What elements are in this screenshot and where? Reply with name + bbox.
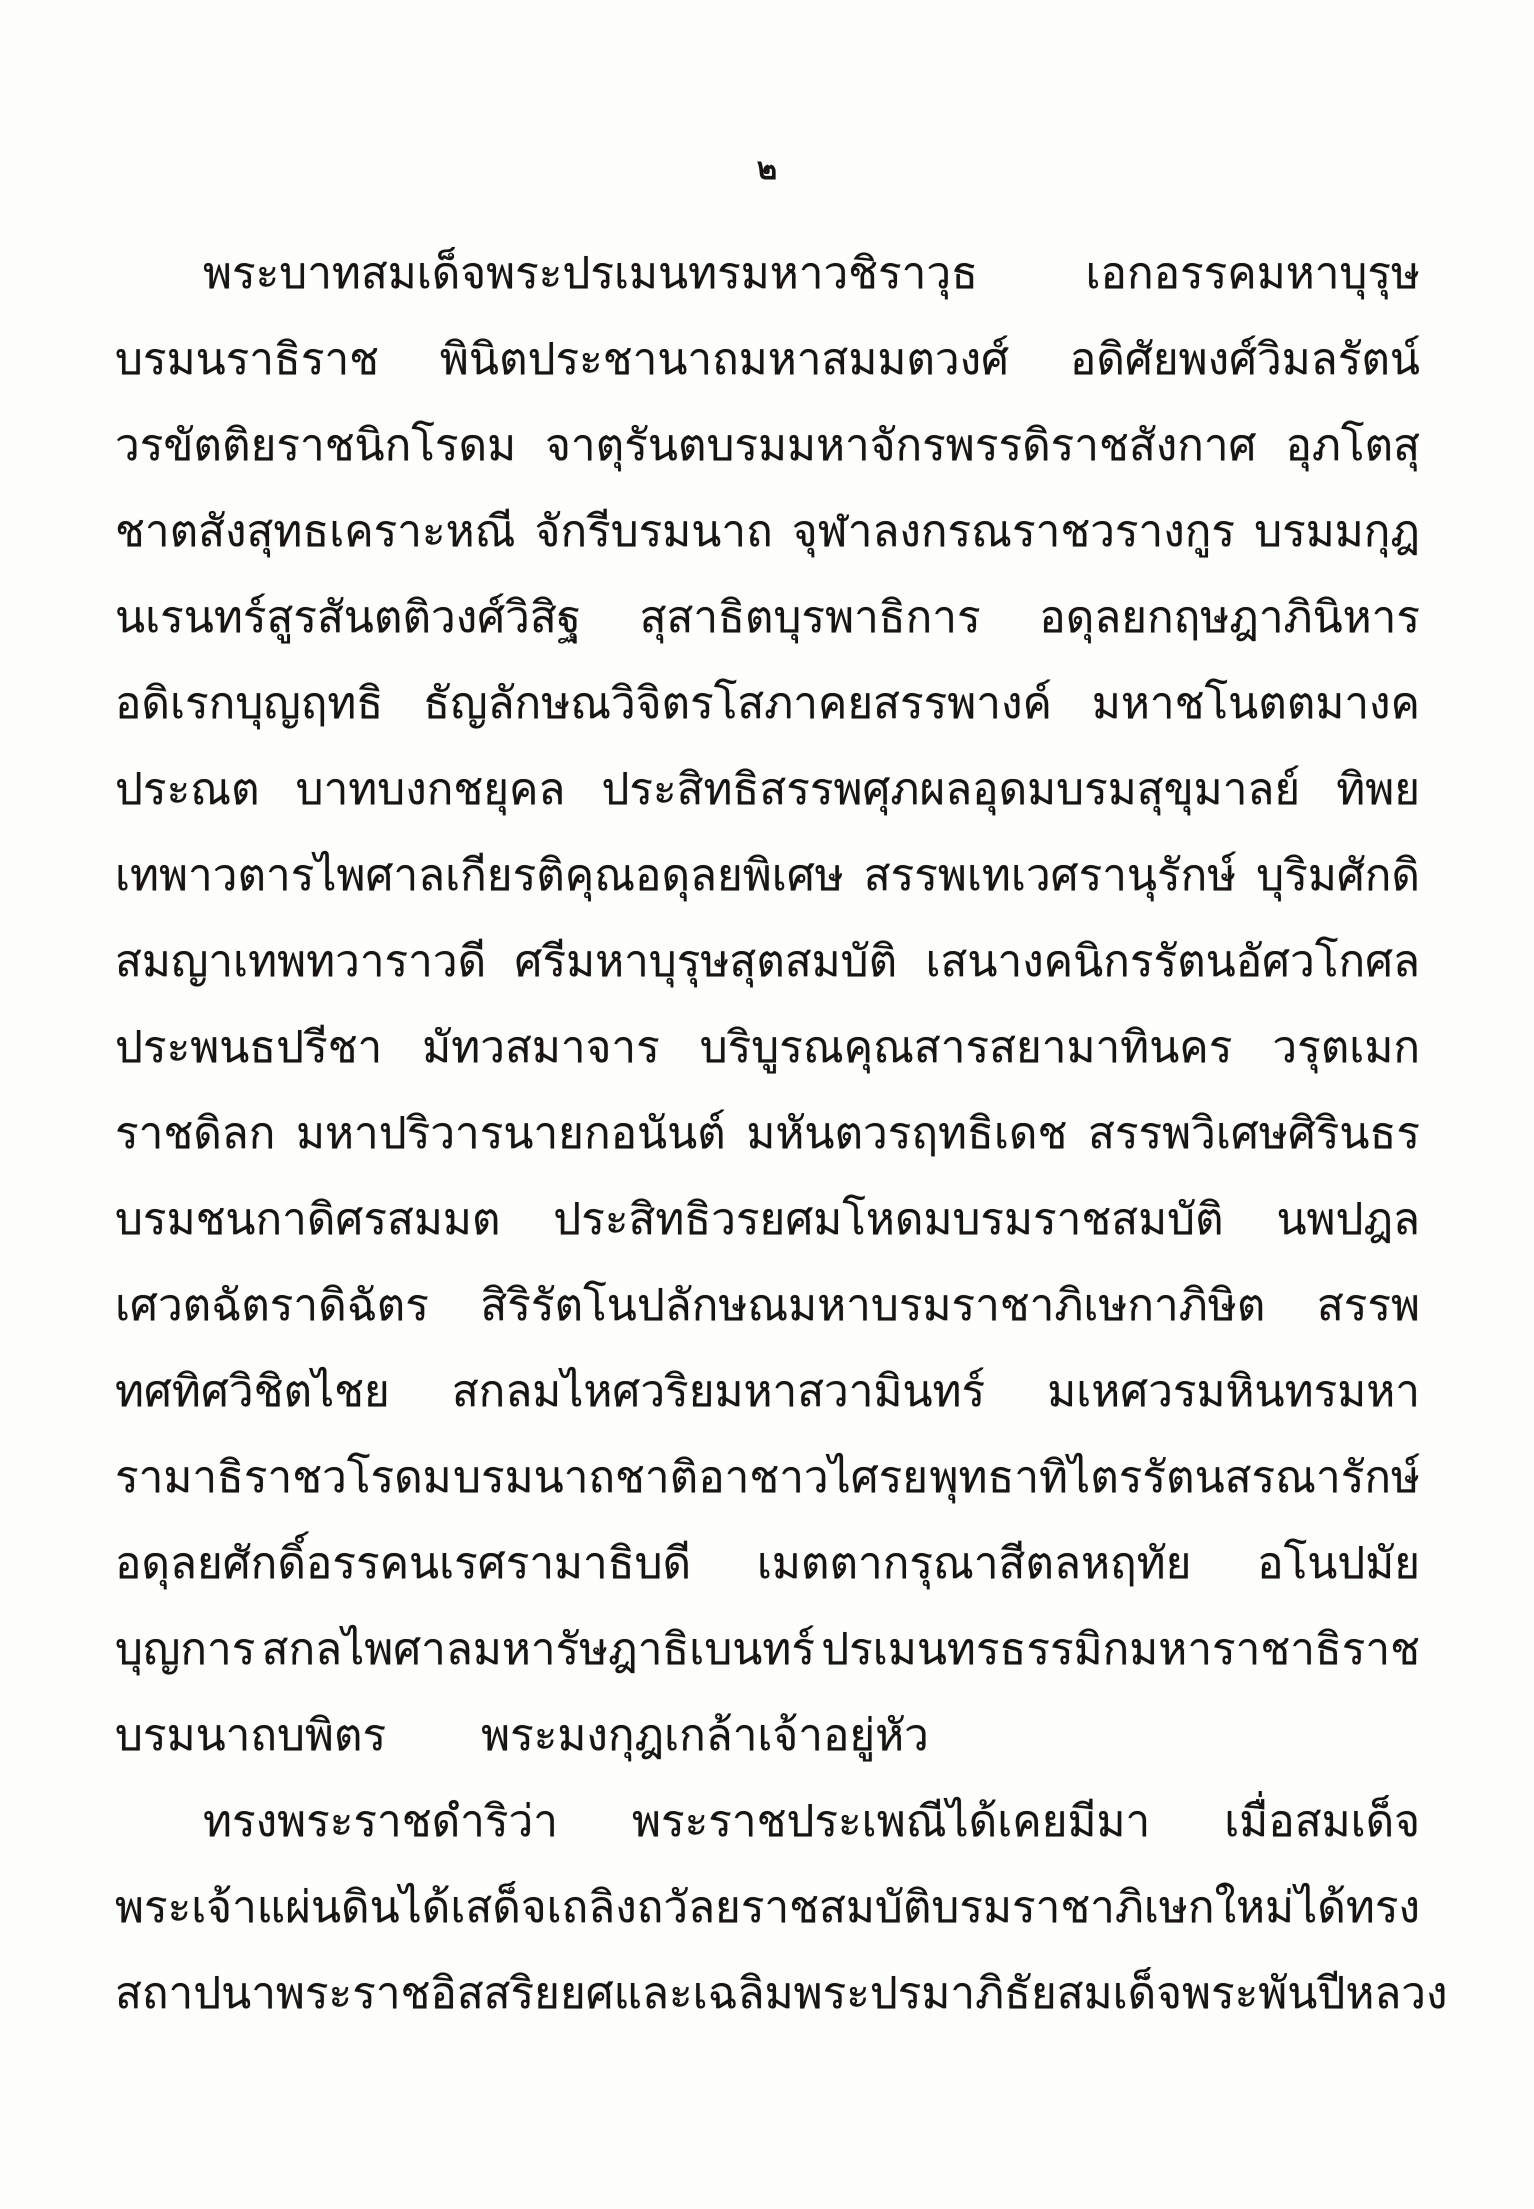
word: มหาปริวารนายกอนันต์ (296, 1098, 726, 1168)
word: อดุลยกฤษฎาภินิหาร (1039, 582, 1420, 652)
text-line: เศวตฉัตราดิฉัตรสิริรัตโนปลักษณมหาบรมราชา… (115, 1270, 1420, 1356)
word: บรมมกุฎ (1254, 496, 1420, 566)
text-line: บุญการสกลไพศาลมหารัษฎาธิเบนทร์ปรเมนทรธรร… (115, 1614, 1420, 1700)
word: เสนางคนิกรรัตนอัศวโกศล (926, 926, 1420, 996)
text-line: อดิเรกบุญฤทธิธัญลักษณวิจิตรโสภาคยสรรพางค… (115, 668, 1420, 754)
text-line: สถาปนาพระราชอิสสริยยศและเฉลิมพระปรมาภิธั… (115, 1958, 1420, 2044)
word: ประสิทธิวรยศมโหดมบรมราชสมบัติ (553, 1184, 1223, 1254)
word: สิริรัตโนปลักษณมหาบรมราชาภิเษกาภิษิต (480, 1270, 1265, 1340)
page-number: ๒ (115, 150, 1420, 188)
word: ทรงพระราชดำริว่า (203, 1786, 558, 1856)
word: ทศทิศวิชิตไชย (115, 1356, 390, 1426)
word: บรมนาถบพิตร (115, 1700, 386, 1770)
word: บรมชนกาดิศรสมมต (115, 1184, 500, 1254)
word: สรรพ (1317, 1270, 1420, 1340)
text-block: พระบาทสมเด็จพระปรเมนทรมหาวชิราวุธเอกอรรค… (115, 238, 1420, 2044)
word: อดุลยศักดิ์อรรคนเรศรามาธิบดี (115, 1528, 691, 1598)
word: สมญาเทพทวาราวดี (115, 926, 486, 996)
word: รามาธิราชวโรดม (115, 1442, 452, 1512)
word: อดิเรกบุญฤทธิ (115, 668, 383, 738)
word: อดิศัยพงศ์วิมลรัตน์ (1070, 324, 1420, 394)
paragraph-royal-title: พระบาทสมเด็จพระปรเมนทรมหาวชิราวุธเอกอรรค… (115, 238, 1420, 1786)
word: จักรีบรมนาถ (535, 496, 773, 566)
word: พระราชประเพณีได้เคยมีมา (632, 1786, 1150, 1856)
word: เมื่อสมเด็จ (1224, 1786, 1420, 1856)
word: ประณต (115, 754, 260, 824)
word: เมตตากรุณาสีตลหฤทัย (757, 1528, 1192, 1598)
word: สมเด็จพระพันปีหลวง (1057, 1958, 1448, 2028)
word: บรมนาถชาติอาชาวไศรย (453, 1442, 928, 1512)
word: นเรนทร์สูรสันตติวงศ์วิสิฐ (115, 582, 581, 652)
word: ศรีมหาบุรุษสุตสมบัติ (515, 926, 898, 996)
word: มหาชโนตตมางค (1092, 668, 1420, 738)
word: พระเจ้าแผ่นดินได้เสด็จเถลิงถวัลยราชสมบัต… (115, 1872, 1294, 1942)
word: จุฬาลงกรณราชวรางกูร (792, 496, 1235, 566)
word: ได้ทรง (1295, 1872, 1420, 1942)
word: พระมงกุฎเกล้าเจ้าอยู่หัว (481, 1700, 929, 1770)
word: บาทบงกชยุคล (296, 754, 566, 824)
text-line: ทรงพระราชดำริว่าพระราชประเพณีได้เคยมีมาเ… (115, 1786, 1420, 1872)
word: เอกอรรคมหาบุรุษ (1085, 238, 1420, 308)
word: ประสิทธิสรรพศุภผลอุดมบรมสุขุมาลย์ (601, 754, 1300, 824)
word: บรมนราธิราช (115, 324, 379, 394)
text-line: ชาตสังสุทธเคราะหณีจักรีบรมนาถจุฬาลงกรณรา… (115, 496, 1420, 582)
text-line: สมญาเทพทวาราวดีศรีมหาบุรุษสุตสมบัติเสนาง… (115, 926, 1420, 1012)
text-line: พระบาทสมเด็จพระปรเมนทรมหาวชิราวุธเอกอรรค… (115, 238, 1420, 324)
word: สุสาธิตบุรพาธิการ (640, 582, 981, 652)
text-line: ทศทิศวิชิตไชยสกลมไหศวริยมหาสวามินทร์มเหศ… (115, 1356, 1420, 1442)
word: บุญการ (115, 1614, 255, 1684)
scanned-document-page: ๒ พระบาทสมเด็จพระปรเมนทรมหาวชิราวุธเอกอร… (0, 0, 1534, 2209)
word: อโนปมัย (1257, 1528, 1420, 1598)
text-line: ราชดิลกมหาปริวารนายกอนันต์มหันตวรฤทธิเดช… (115, 1098, 1420, 1184)
word: พินิตประชานาถมหาสมมตวงศ์ (440, 324, 1009, 394)
word: สถาปนาพระราชอิสสริยยศ (115, 1958, 614, 2028)
word: สกลมไหศวริยมหาสวามินทร์ (452, 1356, 985, 1426)
paragraph-royal-thought: ทรงพระราชดำริว่าพระราชประเพณีได้เคยมีมาเ… (115, 1786, 1420, 2044)
text-line: เทพาวตารไพศาลเกียรติคุณอดุลยพิเศษสรรพเทเ… (115, 840, 1420, 926)
word: เทพาวตารไพศาลเกียรติคุณอดุลยพิเศษ (115, 840, 844, 910)
word: วรุตเมก (1272, 1012, 1420, 1082)
text-line: พระเจ้าแผ่นดินได้เสด็จเถลิงถวัลยราชสมบัต… (115, 1872, 1420, 1958)
text-line: อดุลยศักดิ์อรรคนเรศรามาธิบดีเมตตากรุณาสี… (115, 1528, 1420, 1614)
word: สรรพเทเวศรานุรักษ์ (864, 840, 1237, 910)
word: สรรพวิเศษศิรินธร (1088, 1098, 1420, 1168)
text-line: บรมนาถบพิตรพระมงกุฎเกล้าเจ้าอยู่หัว (115, 1700, 1420, 1786)
text-line: บรมนราธิราชพินิตประชานาถมหาสมมตวงศ์อดิศั… (115, 324, 1420, 410)
word: มัทวสมาจาร (422, 1012, 659, 1082)
word: พุทธาทิไตรรัตนสรณารักษ์ (929, 1442, 1420, 1512)
word: พระบาทสมเด็จพระปรเมนทรมหาวชิราวุธ (203, 238, 978, 308)
word: ทิพย (1336, 754, 1420, 824)
text-line: นเรนทร์สูรสันตติวงศ์วิสิฐสุสาธิตบุรพาธิก… (115, 582, 1420, 668)
word: และเฉลิมพระปรมาภิธัย (614, 1958, 1057, 2028)
word: ธัญลักษณวิจิตรโสภาคยสรรพางค์ (423, 668, 1052, 738)
word: มเหศวรมหินทรมหา (1047, 1356, 1420, 1426)
text-line: บรมชนกาดิศรสมมตประสิทธิวรยศมโหดมบรมราชสม… (115, 1184, 1420, 1270)
text-line: ประพนธปรีชามัทวสมาจารบริบูรณคุณสารสยามาท… (115, 1012, 1420, 1098)
word: วรขัตติยราชนิกโรดม (115, 410, 516, 480)
word: นพปฎล (1276, 1184, 1420, 1254)
word: ปรเมนทรธรรมิกมหาราชาธิราช (821, 1614, 1420, 1684)
word: บุริมศักดิ (1256, 840, 1420, 910)
word: เศวตฉัตราดิฉัตร (115, 1270, 429, 1340)
word: อุภโตสุ (1285, 410, 1420, 480)
text-line: รามาธิราชวโรดมบรมนาถชาติอาชาวไศรยพุทธาทิ… (115, 1442, 1420, 1528)
word: ชาตสังสุทธเคราะหณี (115, 496, 515, 566)
word: ประพนธปรีชา (115, 1012, 382, 1082)
word: มหันตวรฤทธิเดช (746, 1098, 1067, 1168)
word: จาตุรันตบรมมหาจักรพรรดิราชสังกาศ (545, 410, 1256, 480)
text-line: วรขัตติยราชนิกโรดมจาตุรันตบรมมหาจักรพรรด… (115, 410, 1420, 496)
word: ราชดิลก (115, 1098, 275, 1168)
word: บริบูรณคุณสารสยามาทินคร (700, 1012, 1233, 1082)
word: สกลไพศาลมหารัษฎาธิเบนทร์ (262, 1614, 815, 1684)
text-line: ประณตบาทบงกชยุคลประสิทธิสรรพศุภผลอุดมบรม… (115, 754, 1420, 840)
